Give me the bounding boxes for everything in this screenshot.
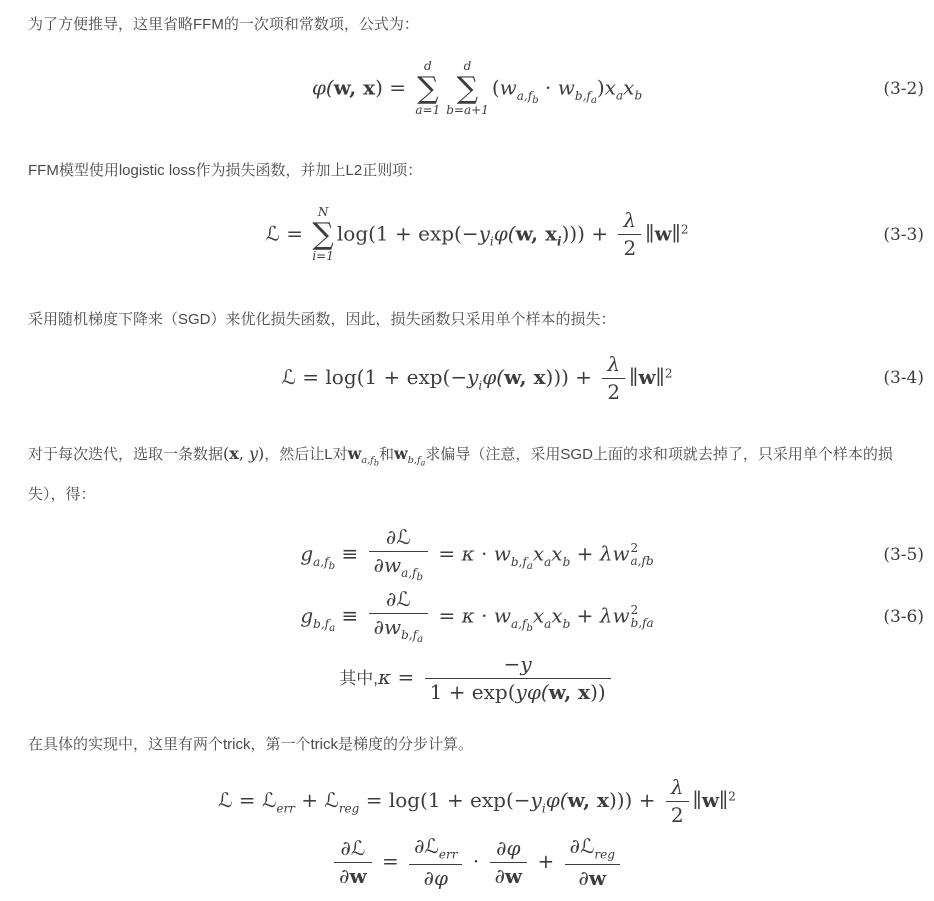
math-token: w	[494, 541, 511, 565]
fraction: λ2	[666, 776, 689, 827]
equation-3-2: φ(w, x) = d∑a=1d∑b=a+1(wa,fb · wb,fa)xax…	[28, 58, 926, 120]
equation-number-3-3: (3-3)	[883, 225, 924, 245]
math-token: w	[384, 553, 401, 577]
partial-symbol: ∂	[341, 836, 351, 860]
math-token: ·	[475, 541, 494, 565]
math-token: b,f	[313, 617, 329, 631]
subscript: b,fa	[511, 555, 533, 569]
paragraph-intro: 为了方便推导，这里省略FFM的一次项和常数项，公式为：	[28, 12, 926, 38]
math-token: κ =	[378, 665, 421, 689]
equation-number-3-4: (3-4)	[883, 368, 924, 388]
partial-symbol: ∂	[374, 615, 384, 639]
sum-lower-limit: i=1	[312, 250, 334, 264]
superscript: 2	[728, 790, 736, 804]
math-token: w	[702, 788, 719, 812]
math-token: λ	[618, 209, 641, 234]
math-token: )	[597, 76, 605, 100]
fraction: ∂ℒ∂wb,fa	[369, 588, 428, 646]
math-token: ℒ	[218, 788, 232, 812]
fraction: ∂ℒ∂w	[334, 837, 372, 888]
math-token: ∂φ	[409, 864, 462, 890]
math-token: w	[348, 444, 362, 463]
equation-number-3-5: (3-5)	[883, 545, 924, 565]
subscript: b,fa	[575, 89, 597, 103]
math-token: w, x	[549, 680, 590, 704]
math-token: ℒ	[282, 365, 296, 389]
math-token: ℒ	[351, 836, 365, 860]
math-token: φ(	[494, 221, 516, 245]
math-token: ·	[539, 76, 558, 100]
summation: d∑b=a+1	[446, 60, 489, 118]
math-token: w	[349, 864, 366, 888]
math-token: (	[492, 76, 500, 100]
subscript: a,fb	[401, 566, 423, 580]
math-token: x	[551, 541, 562, 565]
partial-symbol: ∂	[570, 834, 580, 858]
subscript: b,fa	[408, 455, 426, 466]
math-token: ℒ	[265, 221, 279, 245]
formula-ffm-phi: φ(w, x) = d∑a=1d∑b=a+1(wa,fb · wb,fa)xax…	[312, 60, 642, 118]
math-token: g	[300, 603, 313, 627]
math-token: ·	[466, 849, 485, 873]
math-token: y	[467, 365, 478, 389]
math-token: =	[376, 849, 405, 873]
math-token: λ	[602, 353, 625, 378]
math-token: ℒ	[324, 788, 338, 812]
summation: d∑a=1	[415, 60, 440, 118]
math-token: ℒ	[425, 834, 439, 858]
partial-symbol: ∂	[386, 587, 396, 611]
paragraph-sgd: 采用随机梯度下降来（SGD）来优化损失函数，因此，损失函数只采用单个样本的损失：	[28, 307, 926, 333]
text-run: ，然后让L对	[264, 446, 347, 463]
math-token: ))) +	[546, 365, 599, 389]
math-token: w	[494, 603, 511, 627]
partial-symbol: ∂	[339, 864, 349, 888]
subscript: a,fb	[517, 89, 539, 103]
fraction: λ2	[602, 353, 625, 404]
math-token: b,f	[408, 455, 421, 466]
math-token: =	[432, 603, 461, 627]
paragraph-loss-intro: FFM模型使用logistic loss作为损失函数，并加上L2正则项：	[28, 158, 926, 184]
math-token: y	[531, 788, 542, 812]
math-token: 1 + exp(	[430, 680, 516, 704]
math-token: ) =	[375, 76, 412, 100]
math-token: φ(	[312, 76, 334, 100]
math-token: x	[533, 541, 544, 565]
math-token: x	[623, 76, 634, 100]
math-token: w, x	[516, 221, 557, 245]
math-token: log(1 + exp(−	[337, 221, 479, 245]
math-token: ·	[475, 603, 494, 627]
math-token: w	[612, 603, 629, 627]
math-token: = log(1 + exp(−	[296, 365, 467, 389]
math-token: =	[280, 221, 309, 245]
formula-kappa: 其中,κ = −y1 + exp(yφ(w, x))	[339, 653, 614, 704]
norm-bar: ∥	[672, 221, 681, 245]
inline-math-w-bfa: wb,fa	[394, 444, 425, 463]
inline-math-w-afb: wa,fb	[348, 444, 379, 463]
math-token: x	[533, 603, 544, 627]
fraction: ∂ℒ∂wa,fb	[369, 526, 428, 584]
subscript: reg	[339, 802, 360, 816]
equiv-symbol: ≡	[335, 541, 364, 565]
fraction: λ2	[618, 209, 641, 260]
partial-symbol: ∂	[495, 864, 505, 888]
math-token: b,f	[575, 89, 591, 103]
math-token: + λ	[570, 541, 612, 565]
subscript: a,fb	[361, 455, 379, 466]
sup-sub-stack: 2a,fb	[631, 542, 654, 568]
partial-symbol: ∂	[414, 834, 424, 858]
norm-bar: ∥	[693, 788, 702, 812]
math-token: w, x	[568, 788, 609, 812]
math-token: b,f	[401, 628, 417, 642]
superscript: 2	[665, 366, 673, 380]
math-token: b,f	[511, 555, 527, 569]
norm-bar: ∥	[656, 365, 665, 389]
math-token: a,f	[313, 555, 328, 569]
math-token: ℒ	[262, 788, 276, 812]
math-token: ∂φ	[490, 837, 528, 862]
subscript: reg	[594, 847, 615, 861]
math-token: w, x	[504, 365, 545, 389]
math-token: = log(1 + exp(−	[359, 788, 530, 812]
math-token: b	[646, 554, 654, 568]
math-token: 2	[602, 378, 625, 404]
math-token: −y	[425, 653, 611, 678]
math-token: a	[417, 634, 423, 645]
math-token: + λ	[570, 603, 612, 627]
equation-3-5: ga,fb ≡ ∂ℒ∂wa,fb = κ · wb,faxaxb + λw2a,…	[28, 526, 926, 584]
math-token: x	[551, 603, 562, 627]
math-token: ℒ	[580, 834, 594, 858]
math-token: x	[229, 444, 239, 463]
math-token: +	[295, 788, 324, 812]
math-token: a,f	[361, 455, 373, 466]
math-token: a,f	[517, 89, 532, 103]
math-token: =	[232, 788, 261, 812]
subscript: a,fb	[313, 555, 335, 569]
sigma-symbol: ∑	[417, 74, 438, 104]
subscript: err	[276, 802, 295, 816]
math-token: w	[505, 864, 522, 888]
partial-symbol: ∂	[578, 866, 588, 890]
math-token: a,f	[401, 566, 416, 580]
superscript: 2	[681, 222, 689, 236]
partial-symbol: ∂	[386, 525, 396, 549]
math-token: +	[531, 849, 560, 873]
math-token: b	[416, 572, 423, 583]
equation-kappa: 其中,κ = −y1 + exp(yφ(w, x))	[28, 650, 926, 706]
equation-number-3-6: (3-6)	[883, 607, 924, 627]
fraction: ∂ℒreg∂w	[565, 835, 620, 890]
partial-symbol: ∂	[374, 553, 384, 577]
math-token: w, x	[334, 76, 375, 100]
norm-bar: ∥	[719, 788, 728, 812]
math-token: w	[612, 541, 629, 565]
math-token: ))	[590, 680, 606, 704]
math-token: w	[654, 221, 671, 245]
math-token: φ(	[482, 365, 504, 389]
math-token: w	[394, 444, 408, 463]
fraction: ∂ℒerr∂φ	[409, 835, 462, 890]
sum-lower-limit: b=a+1	[446, 104, 489, 118]
equation-gradient-chain: ∂ℒ∂w = ∂ℒerr∂φ · ∂φ∂w + ∂ℒreg∂w	[28, 833, 926, 891]
article-page: 为了方便推导，这里省略FFM的一次项和常数项，公式为： φ(w, x) = d∑…	[0, 0, 934, 901]
subscript: b	[634, 89, 642, 103]
norm-bar: ∥	[629, 365, 638, 389]
summation: N∑i=1	[312, 206, 334, 264]
paragraph-iteration: 对于每次迭代，选取一条数据(x, y)，然后让L对wa,fb和wb,fa求偏导（…	[28, 432, 926, 516]
equation-number-3-2: (3-2)	[883, 79, 924, 99]
math-token: ℒ	[396, 525, 410, 549]
math-token: w	[638, 365, 655, 389]
subscript: a,fb	[511, 617, 533, 631]
sigma-symbol: ∑	[312, 220, 333, 250]
text-run: 其中,	[339, 669, 378, 688]
fraction: −y1 + exp(yφ(w, x))	[425, 653, 611, 704]
math-token: w	[558, 76, 575, 100]
math-token: κ	[462, 603, 475, 627]
math-token: w	[500, 76, 517, 100]
subscript: err	[439, 847, 458, 861]
math-token: b,f	[631, 616, 647, 630]
equation-3-6: gb,fa ≡ ∂ℒ∂wb,fa = κ · wa,fbxaxb + λw2b,…	[28, 588, 926, 646]
subscript: b,fa	[313, 617, 335, 631]
math-token: a,f	[511, 617, 526, 631]
text-run: 和	[379, 446, 394, 463]
formula-single-sample-loss: ℒ = log(1 + exp(−yiφ(w, x))) + λ2∥w∥2	[282, 353, 673, 404]
equation-3-3: ℒ = N∑i=1log(1 + exp(−yiφ(w, xi))) + λ2∥…	[28, 203, 926, 267]
math-token: a,f	[631, 554, 646, 568]
sup-sub-stack: 2b,fa	[631, 604, 654, 630]
math-token: ,	[239, 444, 249, 463]
formula-gradient-a: ga,fb ≡ ∂ℒ∂wa,fb = κ · wb,faxaxb + λw2a,…	[300, 526, 653, 584]
math-token: ℒ	[396, 587, 410, 611]
math-token: y	[249, 444, 258, 463]
formula-gradient-b: gb,fa ≡ ∂ℒ∂wb,fa = κ · wa,fbxaxb + λw2b,…	[300, 588, 653, 646]
math-token: φ(	[546, 788, 568, 812]
sigma-symbol: ∑	[457, 74, 478, 104]
equation-3-4: ℒ = log(1 + exp(−yiφ(w, x))) + λ2∥w∥2 (3…	[28, 353, 926, 404]
equation-loss-decomposition: ℒ = ℒerr + ℒreg = log(1 + exp(−yiφ(w, x)…	[28, 776, 926, 827]
text-run: 对于每次迭代，选取一条数据	[28, 446, 223, 463]
formula-gradient-chain: ∂ℒ∂w = ∂ℒerr∂φ · ∂φ∂w + ∂ℒreg∂w	[330, 835, 624, 890]
math-token: x	[605, 76, 616, 100]
paragraph-trick: 在具体的实现中，这里有两个trick，第一个trick是梯度的分步计算。	[28, 732, 926, 758]
sum-lower-limit: a=1	[415, 104, 440, 118]
formula-loss-decomposition: ℒ = ℒerr + ℒreg = log(1 + exp(−yiφ(w, x)…	[218, 776, 736, 827]
math-token: ))) +	[562, 221, 615, 245]
formula-total-loss: ℒ = N∑i=1log(1 + exp(−yiφ(w, xi))) + λ2∥…	[265, 206, 688, 264]
math-token: 2	[618, 234, 641, 260]
math-token: =	[432, 541, 461, 565]
math-token: ))) +	[609, 788, 662, 812]
math-token: w	[589, 866, 606, 890]
math-token: λ	[666, 776, 689, 801]
math-token: y	[479, 221, 490, 245]
math-token: 2	[666, 801, 689, 827]
fraction: ∂φ∂w	[490, 837, 528, 888]
subscript: b,fa	[401, 628, 423, 642]
math-token: a	[647, 616, 654, 630]
inline-math-xy: (x, y)	[223, 444, 264, 463]
math-token: φ(	[527, 680, 549, 704]
math-token: w	[384, 615, 401, 639]
math-token: κ	[462, 541, 475, 565]
math-token: y	[516, 680, 527, 704]
equiv-symbol: ≡	[335, 603, 364, 627]
math-token: g	[300, 541, 313, 565]
